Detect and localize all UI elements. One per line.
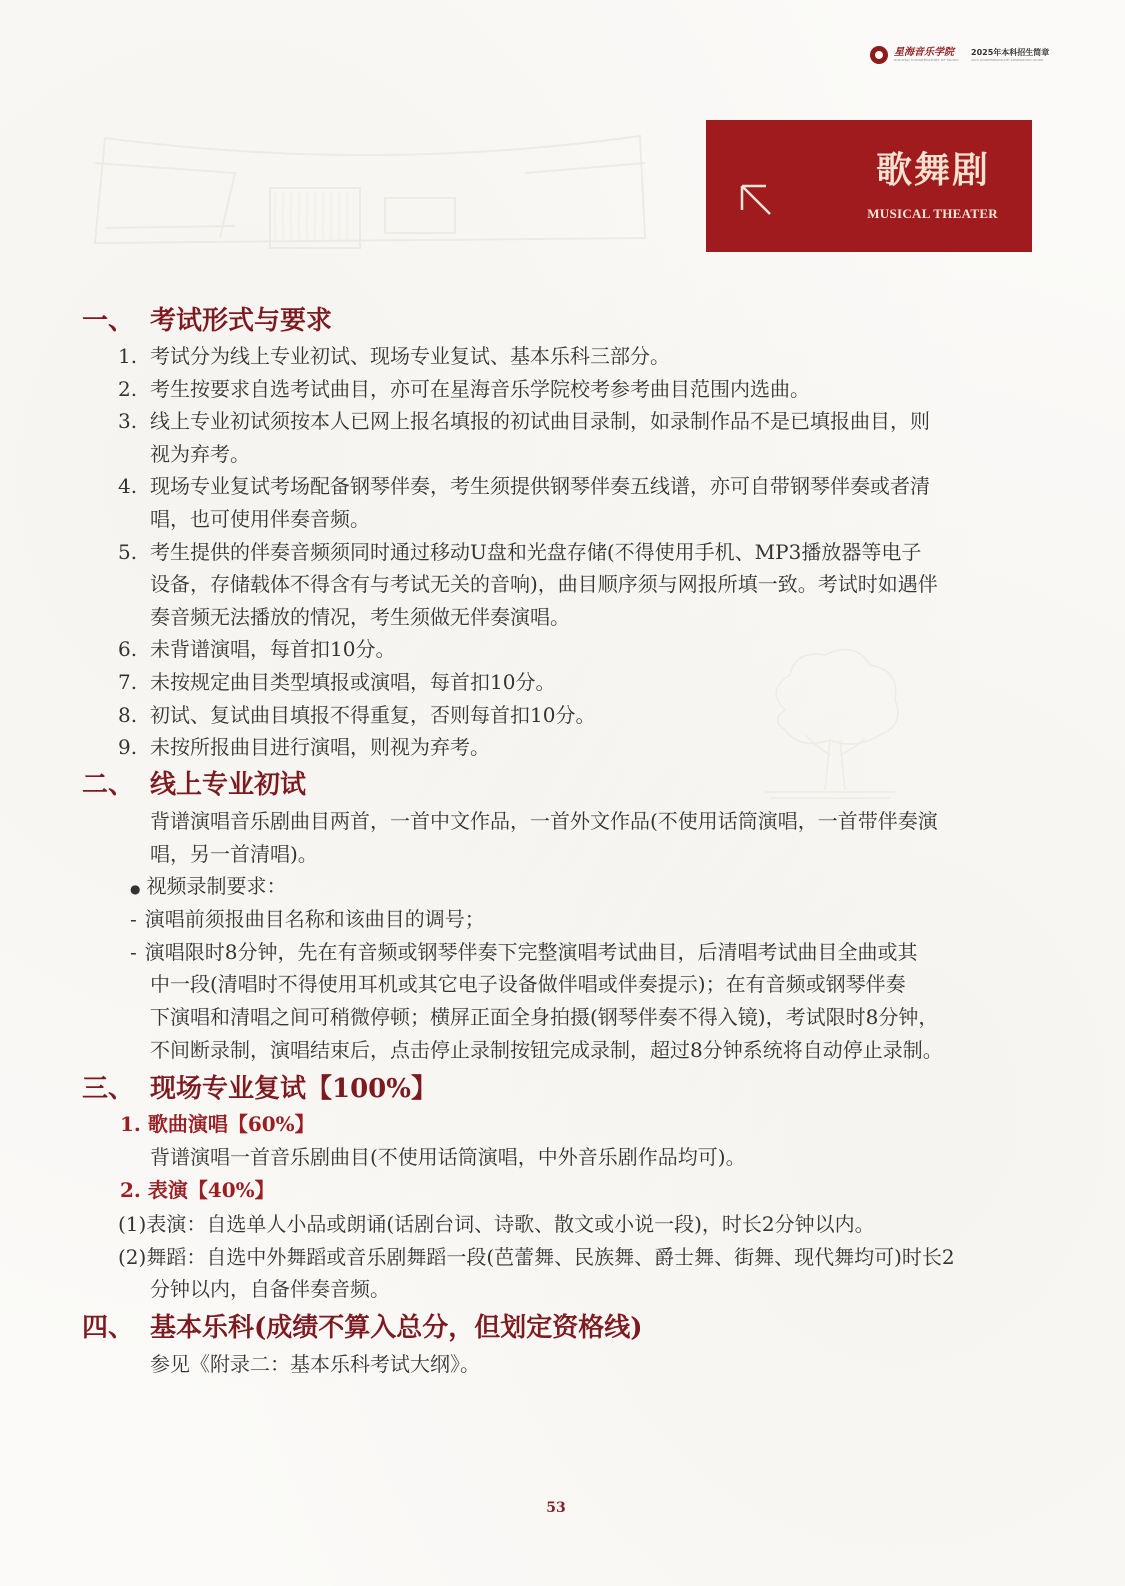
section-heading-1: 一、考试形式与要求 xyxy=(82,300,332,337)
dash-item: -演唱前须报曲目名称和该曲目的调号； xyxy=(130,903,485,932)
paragraph-line: (1)表演：自选单人小品或朗诵(话剧台词、诗歌、散文或小说一段)，时长2分钟以内… xyxy=(118,1208,875,1237)
brochure-title: 2025年本科招生简章 xyxy=(971,49,1049,57)
section-heading-3: 三、现场专业复试【100%】 xyxy=(82,1068,437,1105)
list-item: 2.考生按要求自选考试曲目，亦可在星海音乐学院校考参考曲目范围内选曲。 xyxy=(118,373,810,402)
list-item-continued: 设备，存储载体不得含有与考试无关的音响)，曲目顺序须与网报所填一致。考试时如遇伴 xyxy=(150,568,938,597)
paragraph-line: 背谱演唱一首音乐剧曲目(不使用话筒演唱，中外音乐剧作品均可)。 xyxy=(150,1141,746,1170)
dash-item: -演唱限时8分钟，先在有音频或钢琴伴奏下完整演唱考试曲目，后清唱考试曲目全曲或其 xyxy=(130,936,918,965)
list-item: 8.初试、复试曲目填报不得重复，否则每首扣10分。 xyxy=(118,699,595,728)
list-item: 5.考生提供的伴奏音频须同时通过移动U盘和光盘存储(不得使用手机、MP3播放器等… xyxy=(118,536,921,565)
list-item: 9.未按所报曲目进行演唱，则视为弃考。 xyxy=(118,731,490,760)
page-number: 53 xyxy=(0,1500,1112,1516)
list-item-continued: 唱，也可使用伴奏音频。 xyxy=(150,503,370,532)
paragraph-line: (2)舞蹈：自选中外舞蹈或音乐剧舞蹈一段(芭蕾舞、民族舞、爵士舞、街舞、现代舞均… xyxy=(118,1241,955,1270)
building-illustration xyxy=(85,118,665,253)
list-item-continued: 视为弃考。 xyxy=(150,438,250,467)
paragraph-line: 参见《附录二：基本乐科考试大纲》。 xyxy=(150,1348,480,1377)
header-logo: 星海音乐学院 XINGHAI CONSERVATORY OF MUSIC 202… xyxy=(870,44,1049,66)
list-item: 4.现场专业复试考场配备钢琴伴奏，考生须提供钢琴伴奏五线谱，亦可自带钢琴伴奏或者… xyxy=(118,470,930,499)
banner-subtitle: MUSICAL THEATER xyxy=(867,206,998,222)
list-item: 6.未背谱演唱，每首扣10分。 xyxy=(118,633,395,662)
section-heading-4: 四、基本乐科(成绩不算入总分，但划定资格线) xyxy=(82,1307,643,1344)
tree-illustration xyxy=(745,630,915,800)
subheading-singing: 1. 歌曲演唱【60%】 xyxy=(120,1108,315,1137)
arrow-up-left-icon xyxy=(738,182,774,218)
bullet-item: ●视频录制要求： xyxy=(130,870,286,899)
banner-title: 歌舞剧 xyxy=(876,142,990,193)
paragraph-line: 唱，另一首清唱)。 xyxy=(150,838,318,867)
list-item: 7.未按规定曲目类型填报或演唱，每首扣10分。 xyxy=(118,666,555,695)
school-name-en: XINGHAI CONSERVATORY OF MUSIC xyxy=(894,59,959,62)
paragraph-line: 分钟以内，自备伴奏音频。 xyxy=(150,1273,390,1302)
school-seal-icon xyxy=(870,46,888,64)
brochure-title-en: 2025 UNDERGRADUATE ADMISSIONS GUIDE xyxy=(971,59,1049,62)
paragraph-line: 不间断录制，演唱结束后，点击停止录制按钮完成录制，超过8分钟系统将自动停止录制。 xyxy=(150,1034,943,1063)
section-heading-2: 二、线上专业初试 xyxy=(82,764,306,801)
subheading-performance: 2. 表演【40%】 xyxy=(120,1174,275,1203)
paragraph-line: 下演唱和清唱之间可稍微停顿；横屏正面全身拍摄(钢琴伴奏不得入镜)，考试限时8分钟… xyxy=(150,1001,938,1030)
list-item-continued: 奏音频无法播放的情况，考生须做无伴奏演唱。 xyxy=(150,601,570,630)
paragraph-line: 背谱演唱音乐剧曲目两首，一首中文作品，一首外文作品(不使用话筒演唱，一首带伴奏演 xyxy=(150,805,938,834)
list-item: 3.线上专业初试须按本人已网上报名填报的初试曲目录制，如录制作品不是已填报曲目，… xyxy=(118,405,930,434)
school-name: 星海音乐学院 xyxy=(894,48,959,58)
section-banner: 歌舞剧 MUSICAL THEATER xyxy=(706,120,1032,252)
list-item: 1.考试分为线上专业初试、现场专业复试、基本乐科三部分。 xyxy=(118,340,670,369)
paragraph-line: 中一段(清唱时不得使用耳机或其它电子设备做伴唱或伴奏提示)；在有音频或钢琴伴奏 xyxy=(150,968,906,997)
